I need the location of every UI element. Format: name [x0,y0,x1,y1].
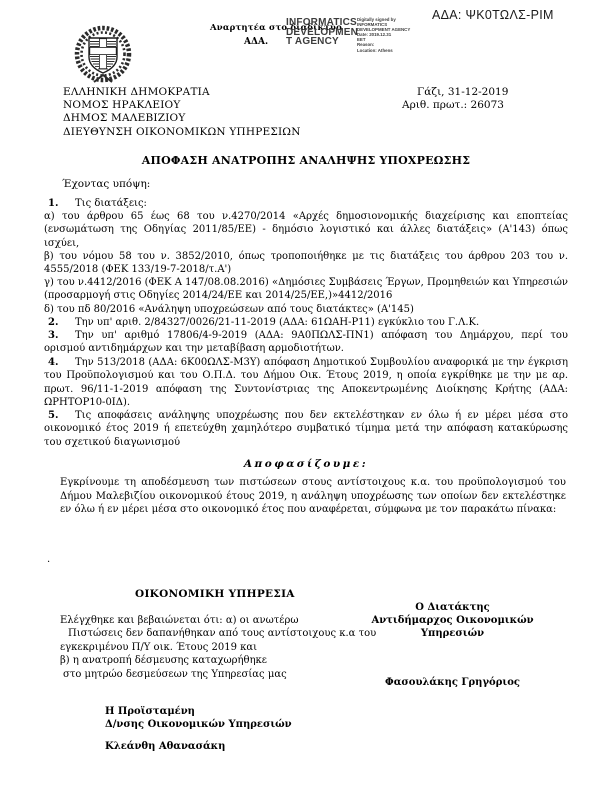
item-number: 3. [44,329,75,342]
placeholder-dot: . [47,554,50,565]
list-item: 4.Την 513/2018 (ΑΔΑ: 6Κ00ΩΛΣ-Μ3Υ) απόφασ… [44,356,568,409]
list-item: 5.Τις αποφάσεις ανάληψης υποχρέωσης που … [44,409,568,449]
stamp-agency-line: T AGENCY [286,37,358,47]
sender-line-directorate: ΔΙΕΥΘΥΝΣΗ ΟΙΚΟΝΟΜΙΚΩΝ ΥΠΗΡΕΣΙΩΝ [63,126,301,139]
item-number: 2. [44,316,75,329]
head-of-directorate-title-block: Η Προϊσταμένη Δ/νσης Οικονομικών Υπηρεσι… [105,705,292,732]
item-text: Την υπ' αριθ. 2/84327/0026/21-11-2019 (Α… [75,317,479,328]
list-item: 3.Την υπ' αριθμό 17806/4-9-2019 (ΑΔΑ: 9Α… [44,329,568,356]
verification-line: β) η ανατροπή δέσμευσης καταχωρήθηκε [60,654,376,667]
greek-coat-of-arms-icon [72,24,134,88]
item-number: 4. [44,356,75,369]
ordering-officer-role: Αντιδήμαρχος Οικονομικών [330,614,575,627]
sender-block: ΕΛΛΗΝΙΚΗ ΔΗΜΟΚΡΑΤΙΑ ΝΟΜΟΣ ΗΡΑΚΛΕΙΟΥ ΔΗΜΟ… [63,86,301,139]
item-text: Την 513/2018 (ΑΔΑ: 6Κ00ΩΛΣ-Μ3Υ) απόφαση … [44,357,568,408]
verification-block: Ελέγχθηκε και βεβαιώνεται ότι: α) οι ανω… [60,614,376,681]
document-page: ΑΔΑ: ΨΚ0ΤΩΛΣ-ΡΙΜ Αναρτητέα στο διαδίκτυο… [0,0,612,792]
item-number: 5. [44,409,75,422]
item-text: Την υπ' αριθμό 17806/4-9-2019 (ΑΔΑ: 9Α0Π… [44,330,568,354]
list-item: 2.Την υπ' αριθ. 2/84327/0026/21-11-2019 … [44,316,568,329]
financial-service-heading: ΟΙΚΟΝΟΜΙΚΗ ΥΠΗΡΕΣΙΑ [135,588,295,600]
list-item: γ) του ν.4412/2016 (ΦΕΚ Α 147/08.08.2016… [44,276,568,303]
item-text: Τις αποφάσεις ανάληψης υποχρέωσης που δε… [44,410,568,448]
head-subtitle: Δ/νσης Οικονομικών Υπηρεσιών [105,718,292,731]
ada-code: ΑΔΑ: ΨΚ0ΤΩΛΣ-ΡΙΜ [432,8,554,22]
place-date: Γάζι, 31-12-2019 [417,86,508,99]
item-text: Τις διατάξεις: [75,198,147,209]
verification-line: εγκεκριμένου Π/Υ οικ. Έτους 2019 και [60,641,376,654]
head-title: Η Προϊσταμένη [105,705,292,718]
ordering-officer-name: Φασουλάκης Γρηγόριος [330,677,575,688]
decision-paragraph: Εγκρίνουμε τη αποδέσμευση των πιστώσεων … [60,476,566,517]
head-of-directorate-name: Κλεάνθη Αθανασάκη [105,741,225,752]
sender-line-republic: ΕΛΛΗΝΙΚΗ ΔΗΜΟΚΡΑΤΙΑ [63,86,301,99]
stamp-ada-label: ΑΔΑ. [244,37,268,47]
item-number: 1. [44,197,75,210]
protocol-number: Αριθ. πρωτ.: 26073 [402,99,508,112]
list-item: 1.Τις διατάξεις: [44,197,568,210]
list-item: β) του νόμου 58 του ν. 3852/2010, όπως τ… [44,250,568,277]
having-regard-label: Έχοντας υπόψη: [62,178,150,190]
ordering-officer-title: Ο Διατάκτης [330,601,575,614]
decision-heading: Αποφασίζουμε: [0,458,612,470]
ordering-officer-title-block: Ο Διατάκτης Αντιδήμαρχος Οικονομικών Υπη… [330,601,575,640]
list-item: δ) του πδ 80/2016 «Ανάληψη υποχρεώσεων α… [44,303,568,316]
list-item: α) του άρθρου 65 έως 68 του ν.4270/2014 … [44,210,568,250]
verification-line: Ελέγχθηκε και βεβαιώνεται ότι: α) οι ανω… [60,614,376,627]
document-title: ΑΠΟΦΑΣΗ ΑΝΑΤΡΟΠΗΣ ΑΝΑΛΗΨΗΣ ΥΠΟΧΡΕΩΣΗΣ [0,154,612,167]
ordering-officer-role: Υπηρεσιών [330,627,575,640]
date-protocol-block: Γάζι, 31-12-2019 Αριθ. πρωτ.: 26073 [402,86,508,112]
sender-line-prefecture: ΝΟΜΟΣ ΗΡΑΚΛΕΙΟΥ [63,99,301,112]
digital-signature-stamp: INFORMATICS DEVELOPMEN T AGENCY [286,18,358,47]
signature-details: Digitally signed by INFORMATICS DEVELOPM… [357,17,410,53]
sender-line-municipality: ΔΗΜΟΣ ΜΑΛΕΒΙΖΙΟΥ [63,112,301,125]
